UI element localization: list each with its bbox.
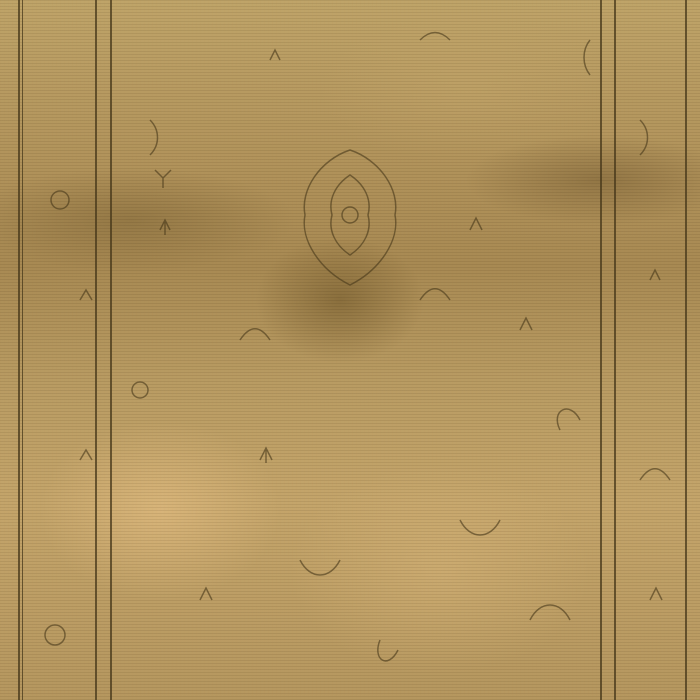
rug-image: [0, 0, 700, 700]
floral-motifs: [0, 0, 700, 700]
